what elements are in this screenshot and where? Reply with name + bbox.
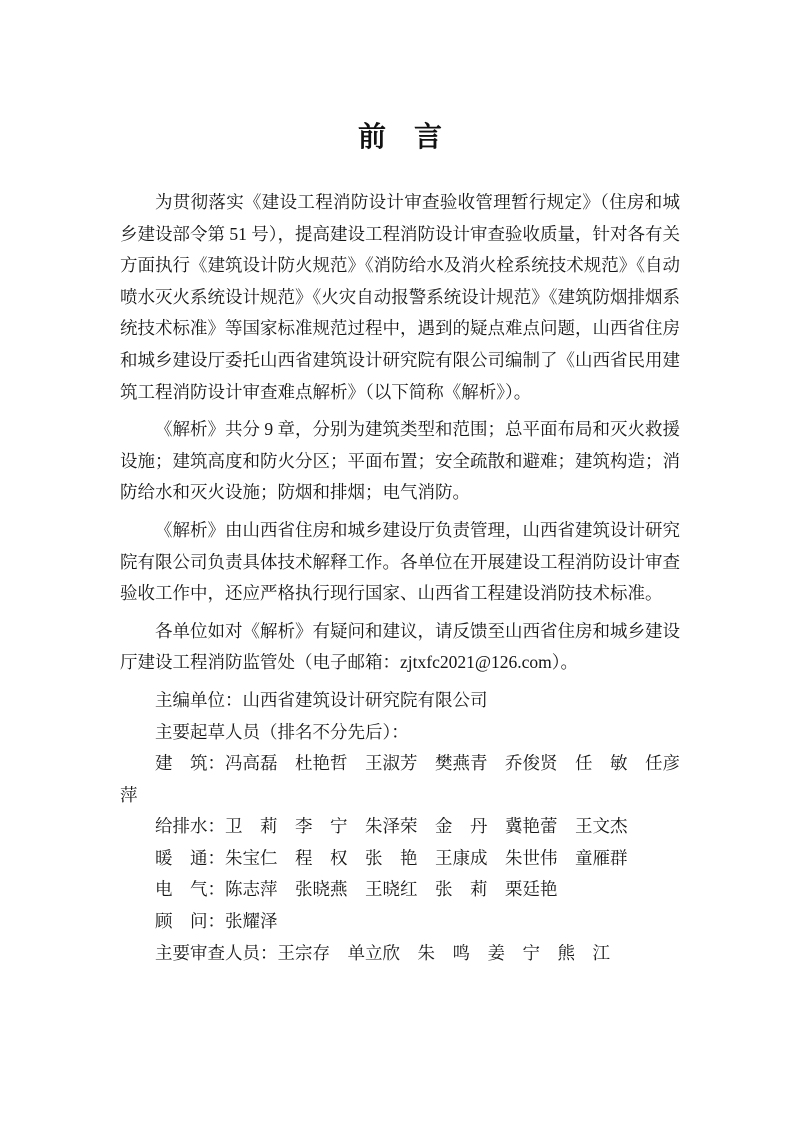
drafter-line-electrical: 电 气：陈志萍 张晓燕 王晓红 张 莉 栗廷艳 (120, 874, 680, 906)
drafter-line-architecture: 建 筑：冯高磊 杜艳哲 王淑芳 樊燕青 乔俊贤 任 敏 任彦萍 (120, 748, 680, 811)
page-title: 前 言 (120, 118, 680, 157)
preface-body: 为贯彻落实《建设工程消防设计审查验收管理暂行规定》（住房和城乡建设部令第 51 … (120, 187, 680, 679)
document-page: 前 言 为贯彻落实《建设工程消防设计审查验收管理暂行规定》（住房和城乡建设部令第… (0, 0, 800, 1132)
preface-paragraph-4: 各单位如对《解析》有疑问和建议，请反馈至山西省住房和城乡建设厅建设工程消防监管处… (120, 616, 680, 679)
drafter-line-consultant: 顾 问：张耀泽 (120, 906, 680, 938)
reviewers-line: 主要审查人员：王宗存 单立欣 朱 鸣 姜 宁 熊 江 (120, 938, 680, 970)
preface-paragraph-3: 《解析》由山西省住房和城乡建设厅负责管理，山西省建筑设计研究院有限公司负责具体技… (120, 515, 680, 610)
drafter-line-plumbing: 给排水：卫 莉 李 宁 朱泽荣 金 丹 冀艳蕾 王文杰 (120, 811, 680, 843)
chief-editor-unit-line: 主编单位：山西省建筑设计研究院有限公司 (120, 685, 680, 717)
drafter-line-hvac: 暖 通：朱宝仁 程 权 张 艳 王康成 朱世伟 童雁群 (120, 843, 680, 875)
drafters-heading-line: 主要起草人员（排名不分先后）： (120, 717, 680, 749)
preface-paragraph-1: 为贯彻落实《建设工程消防设计审查验收管理暂行规定》（住房和城乡建设部令第 51 … (120, 187, 680, 408)
preface-paragraph-2: 《解析》共分 9 章，分别为建筑类型和范围；总平面布局和灭火救援设施；建筑高度和… (120, 414, 680, 509)
credits-section: 主编单位：山西省建筑设计研究院有限公司 主要起草人员（排名不分先后）： 建 筑：… (120, 685, 680, 969)
